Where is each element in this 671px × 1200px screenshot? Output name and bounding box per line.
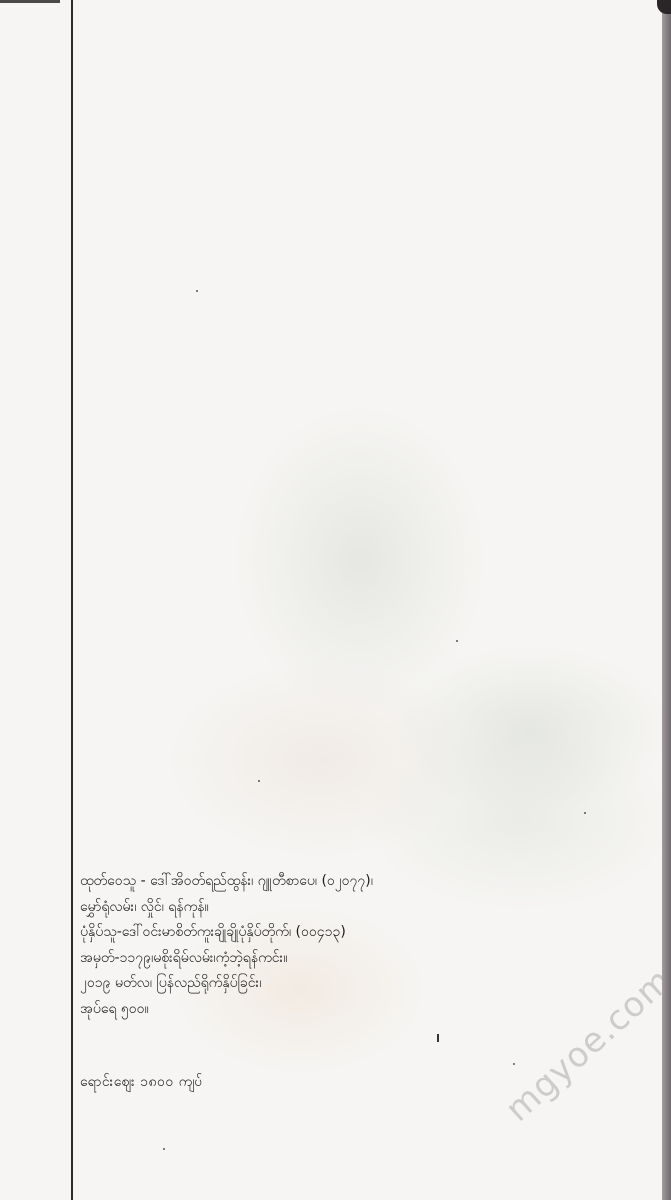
imprint-printer-address: အမှတ်-၁၁၇၉၊မစိုးရိမ်လမ်း၊ကံ့ဘဲ့ရန်ကင်း။ bbox=[80, 946, 500, 972]
paper-speck bbox=[258, 780, 260, 782]
page-edge-mark bbox=[0, 0, 60, 3]
paper-speck bbox=[584, 812, 586, 814]
book-page: ထုတ်ဝေသူ - ဒေါ်အိဝတ်ရည်ထွန်း၊ ဂျူတီစာပေ၊… bbox=[0, 0, 662, 1200]
imprint-printer-line: ပုံနှိပ်သူ-ဒေါ်ဝင်းမာစိတ်ကူးချိုချိုပုံန… bbox=[80, 920, 500, 946]
watermark-text: mgyoe.com bbox=[498, 960, 671, 1130]
imprint-print-run: အုပ်ရေ ၅၀၀။ bbox=[80, 997, 500, 1023]
paper-speck bbox=[163, 1148, 165, 1150]
page-edge-shadow bbox=[662, 10, 671, 1200]
imprint-edition-date: ၂၀၁၉ မတ်လ၊ ပြန်လည်ရိုက်နှိပ်ခြင်း၊ bbox=[80, 971, 500, 997]
stray-ink-mark bbox=[437, 1034, 439, 1042]
price-label: ရောင်းဈေး ၁၈၀၀ ကျပ် bbox=[80, 1072, 203, 1093]
paper-speck bbox=[196, 290, 198, 292]
publication-imprint: ထုတ်ဝေသူ - ဒေါ်အိဝတ်ရည်ထွန်း၊ ဂျူတီစာပေ၊… bbox=[80, 869, 500, 1022]
binding-margin-line bbox=[71, 0, 73, 1200]
imprint-publisher-address: မွှော်ရုံလမ်း၊ လှိုင်၊ ရန်ကုန်။ bbox=[80, 895, 500, 921]
paper-speck bbox=[456, 640, 458, 642]
paper-speck bbox=[513, 1063, 515, 1065]
imprint-publisher-line: ထုတ်ဝေသူ - ဒေါ်အိဝတ်ရည်ထွန်း၊ ဂျူတီစာပေ၊… bbox=[80, 869, 500, 895]
